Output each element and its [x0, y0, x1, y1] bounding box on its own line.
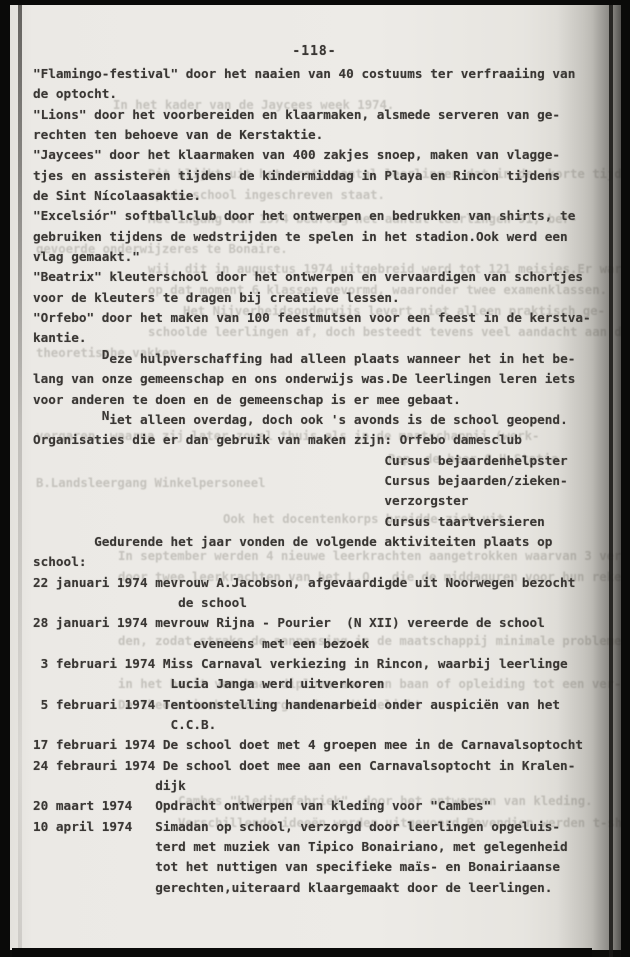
page-edge-shadow-right: [609, 0, 613, 957]
text-line: C.C.B.: [33, 715, 591, 735]
text-line: 3 februari 1974 Miss Carnaval verkiezing…: [33, 654, 591, 674]
text-line: 5 februari 1974 Tentoonstelling handenar…: [33, 695, 591, 715]
text-line: eveneens met een bezoek: [33, 634, 591, 654]
document-text: "Flamingo-festival" door het naaien van …: [33, 64, 591, 898]
scan-border-top: [0, 0, 630, 5]
text-line: verzorgster: [33, 491, 591, 511]
text-line: "Flamingo-festival" door het naaien van …: [33, 64, 591, 84]
text-line: Lucia Janga werd uitverkoren: [33, 674, 591, 694]
text-line: Cursus bejaarden/zieken-: [33, 471, 591, 491]
text-line: Niet alleen overdag, doch ook 's avonds …: [33, 410, 591, 430]
scan-border-right: [621, 0, 630, 957]
text-line: voor de kleuters te dragen bij creatieve…: [33, 288, 591, 308]
text-line: 22 januari 1974 mevrouw A.Jacobson, afge…: [33, 573, 591, 593]
text-line: 28 januari 1974 mevrouw Rijna - Pourier …: [33, 613, 591, 633]
text-line: tot het nuttigen van specifieke maïs- en…: [33, 857, 591, 877]
raised-typewriter-letter: D: [102, 345, 110, 365]
text-line: "Lions" door het voorbereiden en klaarma…: [33, 105, 591, 125]
scanned-document-page: In het kader van de Jaycees week 1974.Di…: [0, 0, 630, 957]
scan-border-bottom: [12, 948, 592, 957]
text-line: gerechten,uiteraard klaargemaakt door de…: [33, 878, 591, 898]
scan-border-left: [0, 0, 10, 957]
text-line: rechten ten behoeve van de Kerstaktie.: [33, 125, 591, 145]
text-line: gebruiken tijdens de wedstrijden te spel…: [33, 227, 591, 247]
text-line: Cursus taartversieren: [33, 512, 591, 532]
text-line: de optocht.: [33, 84, 591, 104]
text-line: "Jaycees" door het klaarmaken van 400 za…: [33, 145, 591, 165]
text-line: kantie.: [33, 328, 591, 348]
text-line: de school: [33, 593, 591, 613]
text-line: Gedurende het jaar vonden de volgende ak…: [33, 532, 591, 552]
text-line: Cursus bejaardenhelpster: [33, 451, 591, 471]
text-line: 20 maart 1974 Opdracht ontwerpen van kle…: [33, 796, 591, 816]
text-line: "Excelsiór" softballclub door het ontwer…: [33, 206, 591, 226]
text-line: 10 april 1974 Simadan op school, verzorg…: [33, 817, 591, 837]
text-line: 24 febrauri 1974 De school doet mee aan …: [33, 756, 591, 776]
text-line: "Beatrix" kleuterschool door het ontwerp…: [33, 267, 591, 287]
page-number: -118-: [8, 44, 621, 59]
text-line: school:: [33, 552, 591, 572]
raised-typewriter-letter: N: [102, 406, 110, 426]
text-line: tjes en assisteren tijdens de kindermidd…: [33, 166, 591, 186]
paper-surface: In het kader van de Jaycees week 1974.Di…: [8, 4, 621, 950]
text-line: voor anderen te doen en de gemeenschap i…: [33, 390, 591, 410]
text-line: vlag gemaakt.": [33, 247, 591, 267]
text-line: dijk: [33, 776, 591, 796]
text-line: Organisaties die er dan gebruik van make…: [33, 430, 591, 450]
text-line: Deze hulpverschaffing had alleen plaats …: [33, 349, 591, 369]
text-line: "Orfebo" door het maken van 100 feestmut…: [33, 308, 591, 328]
text-line: terd met muziek van Tipico Bonairiano, m…: [33, 837, 591, 857]
text-line: de Sint Nícolaasaktie.: [33, 186, 591, 206]
text-line: 17 februari 1974 De school doet met 4 gr…: [33, 735, 591, 755]
text-line: lang van onze gemeenschap en ons onderwi…: [33, 369, 591, 389]
